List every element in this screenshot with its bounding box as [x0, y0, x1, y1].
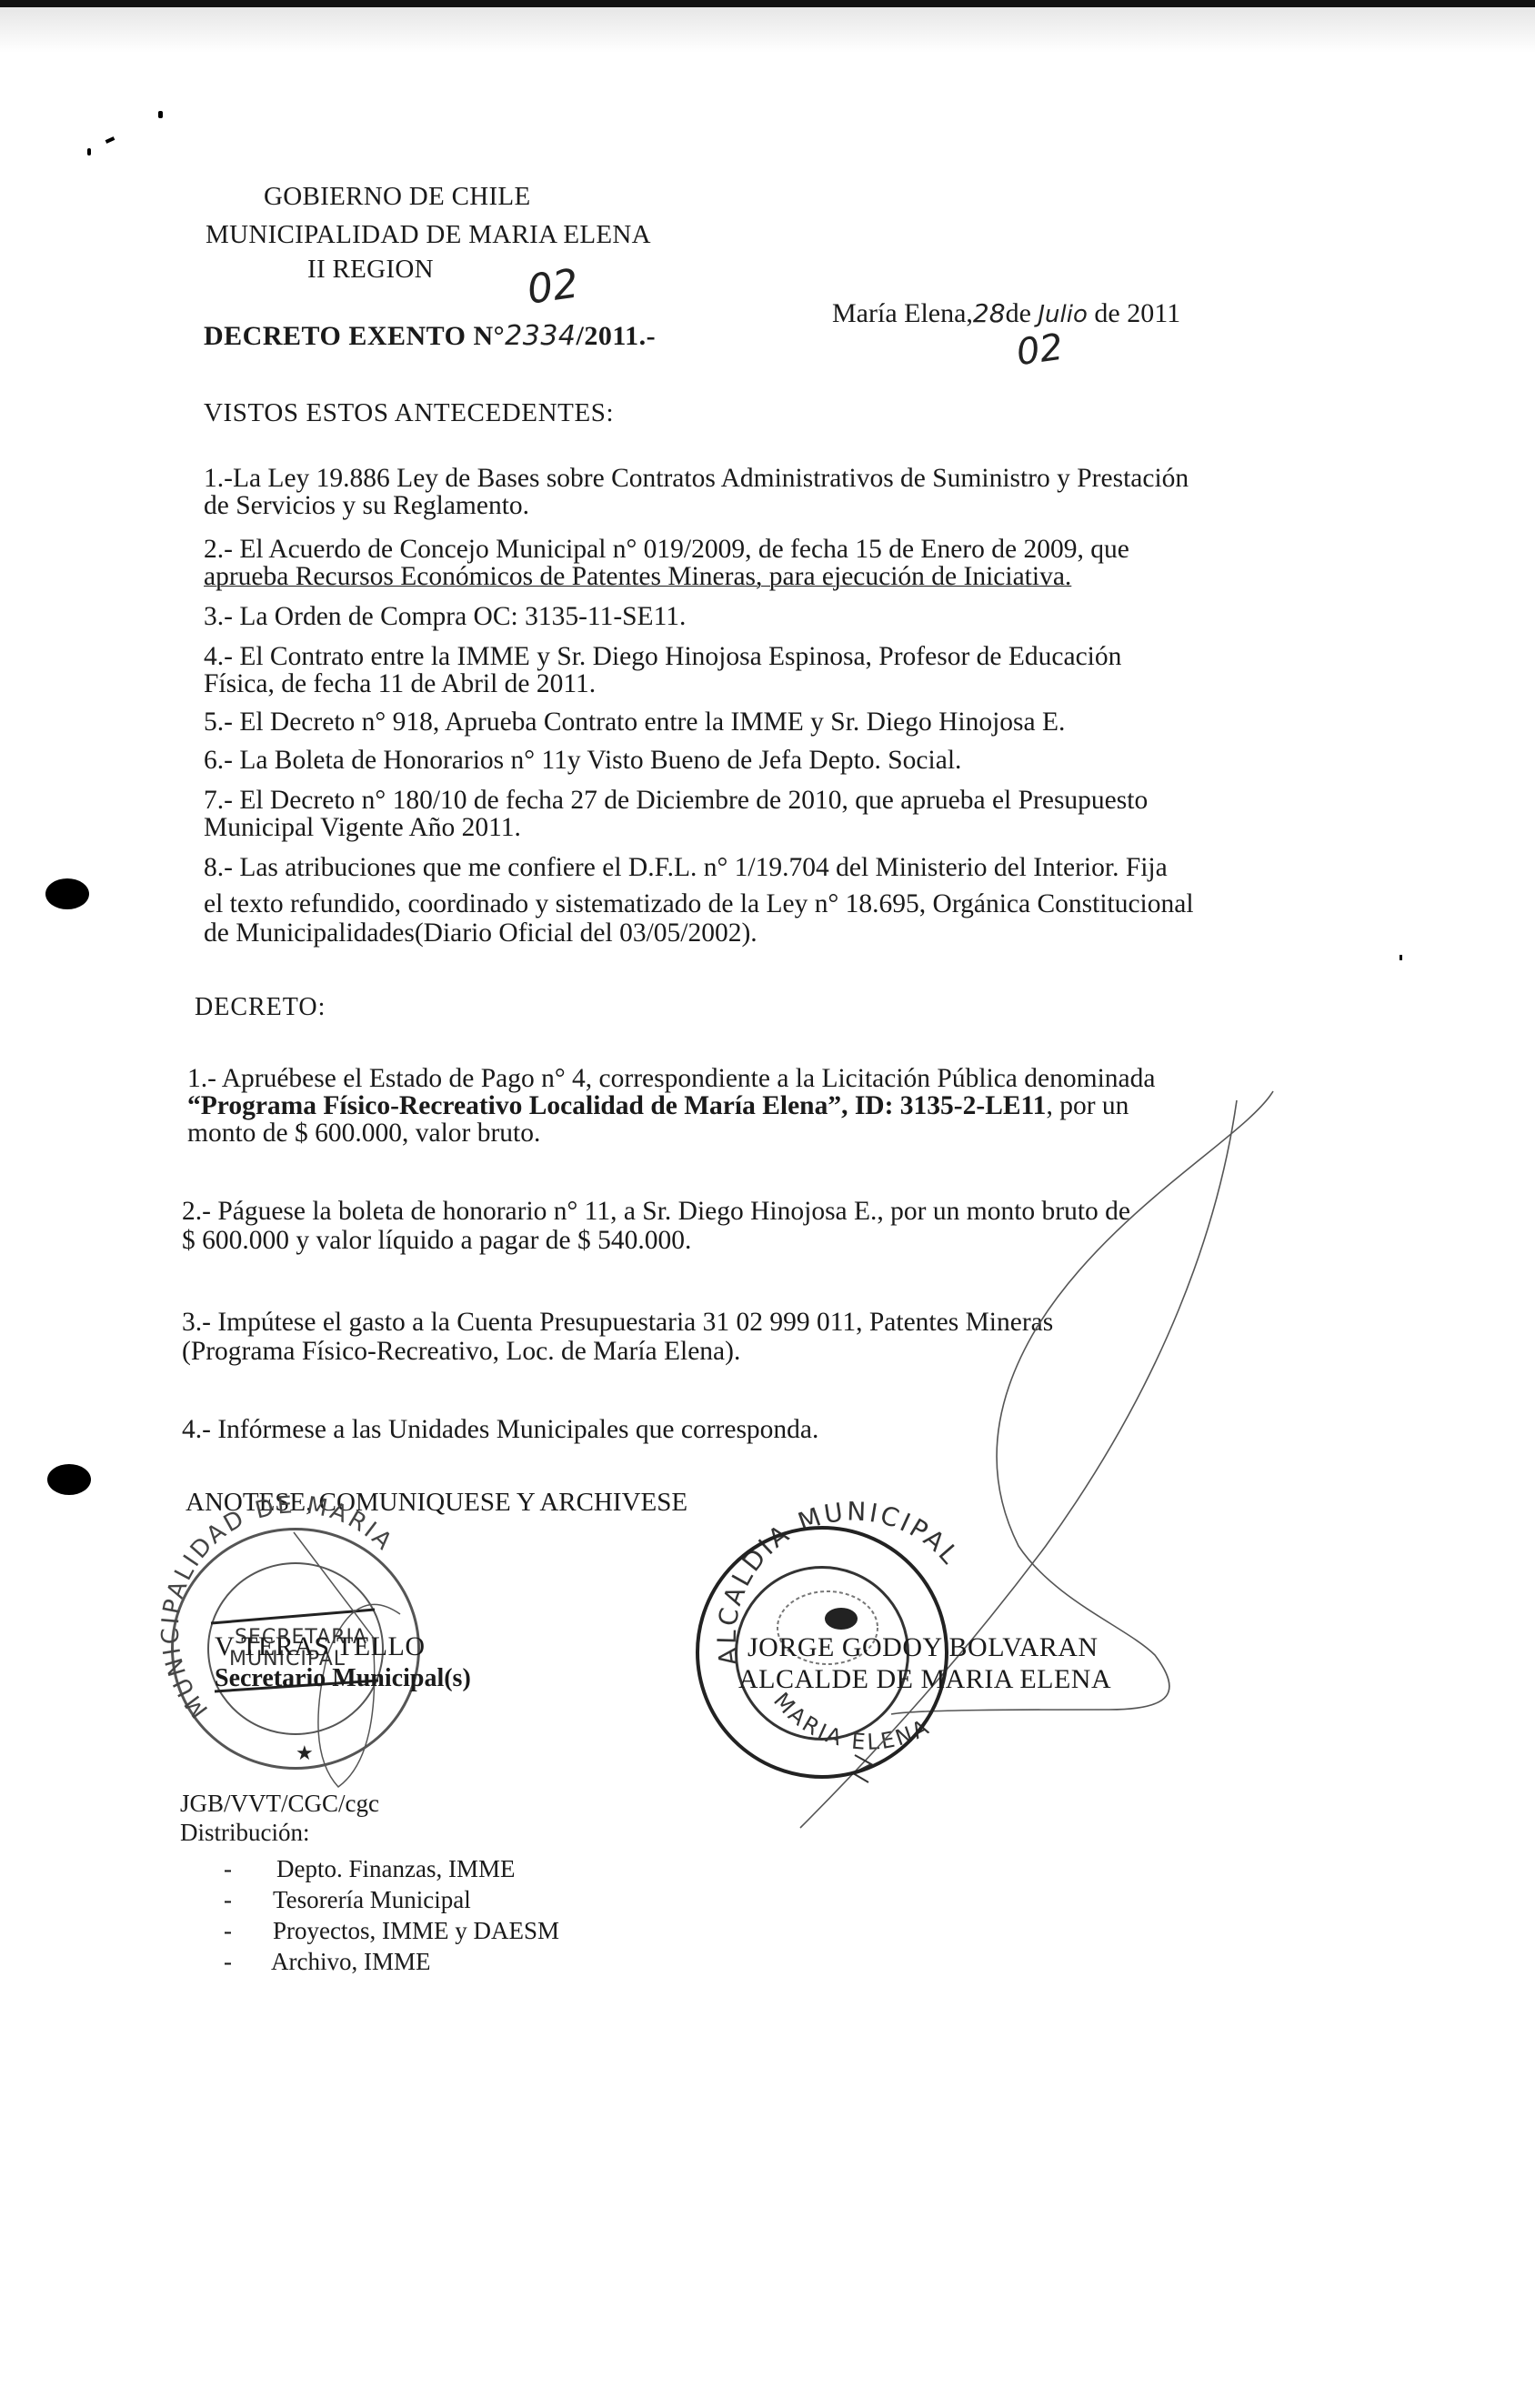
distribution-label: Distribución:	[180, 1819, 310, 1847]
secretary-title: Secretario Municipal(s)	[215, 1664, 471, 1693]
initials-reference: JGB/VVT/CGC/cgc	[180, 1790, 379, 1818]
bullet: -	[224, 1855, 232, 1883]
svg-text:MUNICIPALIDAD DE MARIA ELENA: MUNICIPALIDAD DE MARIA ELENA	[0, 0, 399, 1722]
mayor-name: JORGE GODOY BOLVARAN	[747, 1632, 1099, 1663]
stamp-text-arc: MUNICIPALIDAD DE MARIA ELENA ALCALDIA MU…	[0, 0, 1535, 2408]
distribution-item: Archivo, IMME	[271, 1948, 430, 1976]
secretary-name: V TERAS TELLO	[215, 1631, 426, 1662]
bullet: -	[224, 1917, 232, 1945]
svg-text:★: ★	[296, 1742, 314, 1765]
bullet: -	[224, 1948, 232, 1976]
bullet: -	[224, 1886, 232, 1914]
distribution-item: Depto. Finanzas, IMME	[276, 1855, 515, 1883]
mayor-title: ALCALDE DE MARIA ELENA	[738, 1664, 1111, 1695]
distribution-item: Proyectos, IMME y DAESM	[273, 1917, 559, 1945]
distribution-item: Tesorería Municipal	[273, 1886, 471, 1914]
